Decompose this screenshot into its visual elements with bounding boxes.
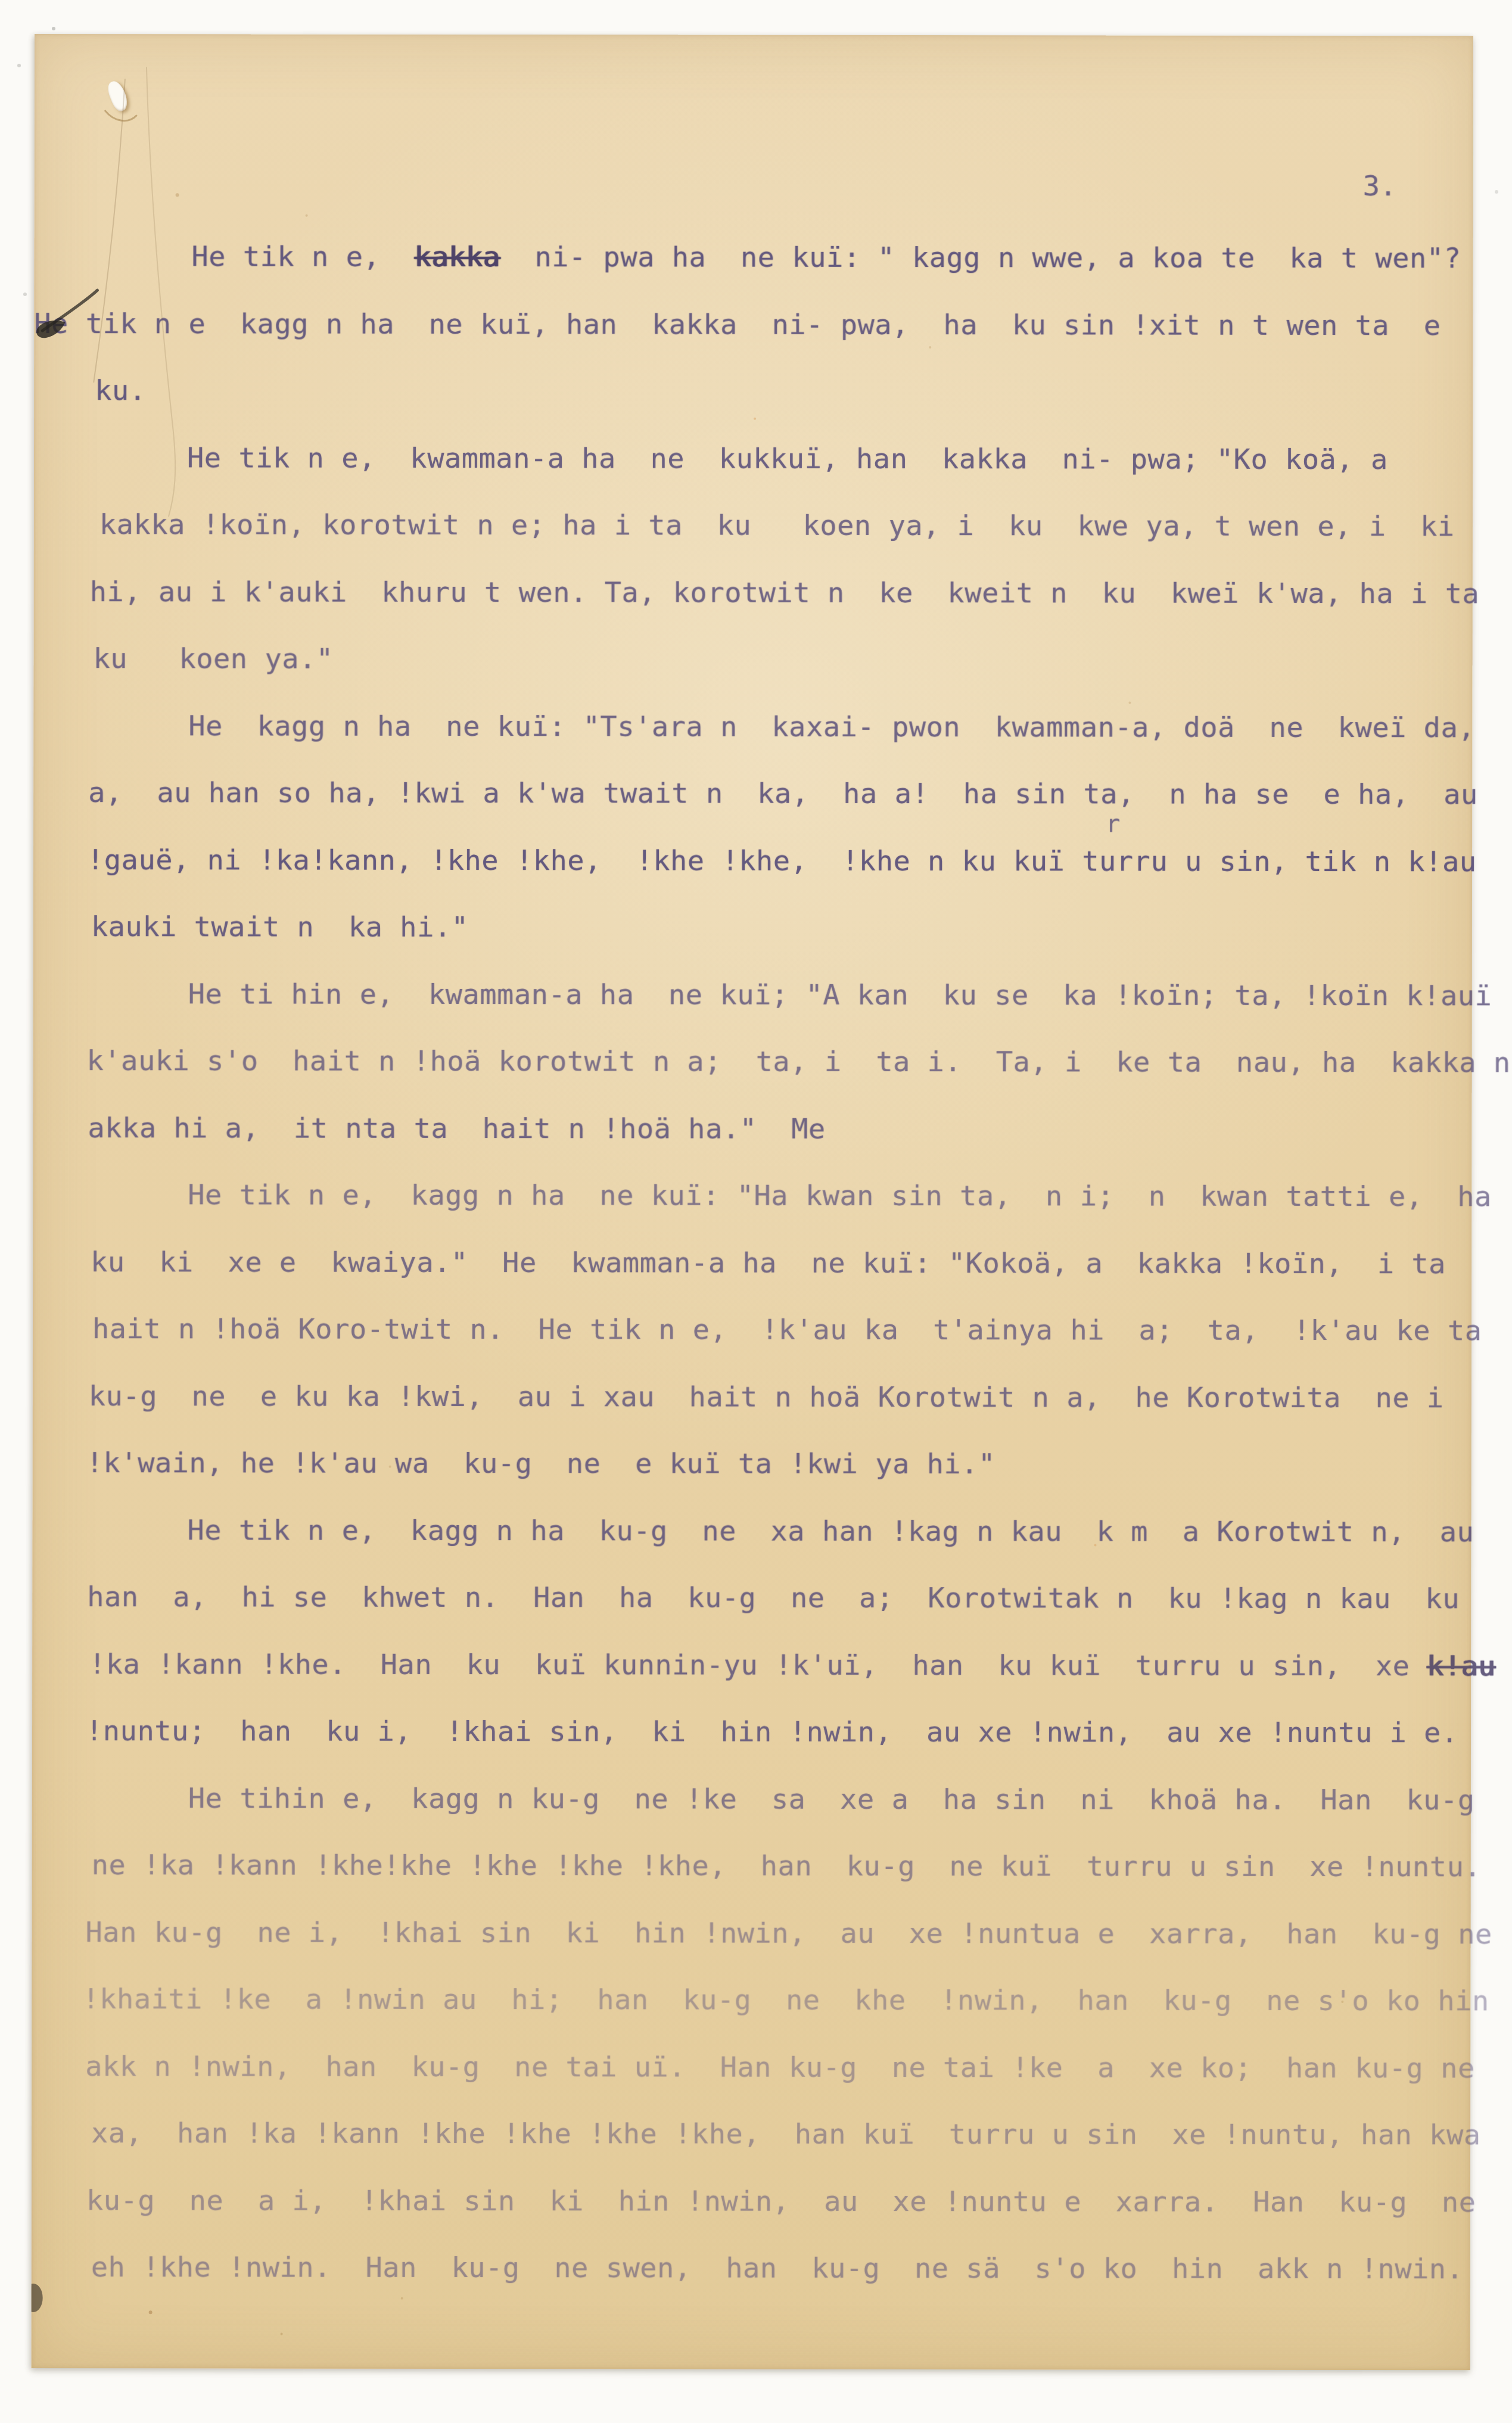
text-line: kauki twait n ka hi." <box>91 911 469 944</box>
scan-background: { "page": { "number_label": "3.", "paper… <box>0 0 1512 2423</box>
text-line: Han ku-g ne i, !khai sin ki hin !nwin, a… <box>86 1917 1492 1951</box>
hole-shadow-arc <box>105 110 137 121</box>
text-line: eh !khe !nwin. Han ku-g ne swen, han ku-… <box>91 2251 1464 2285</box>
text-line: hait n !hoä Koro-twit n. He tik n e, !k'… <box>92 1313 1482 1347</box>
paper-hole <box>105 79 131 113</box>
text-line: He ti hin e, kwamman-a ha ne kuï; "A kan… <box>188 978 1492 1012</box>
document-page: 3. He tik n e, kakka ni- pwa ha ne kuï: … <box>32 34 1473 2370</box>
text-line: hi, au i k'auki khuru t wen. Ta, korotwi… <box>90 576 1480 610</box>
crease-line <box>146 67 176 517</box>
text-line: ku koen ya." <box>93 643 333 676</box>
text-line: ku-g ne a i, !khai sin ki hin !nwin, au … <box>86 2185 1476 2219</box>
text-line: He tik n e, kagg n ha ne kuï: "Ha kwan s… <box>188 1179 1492 1213</box>
text-line: He kagg n ha ne kuï: "Ts'ara n kaxai- pw… <box>188 710 1475 744</box>
scanner-dust-specks <box>0 0 2 2</box>
text-line: He tik n e kagg n ha ne kuï, han kakka n… <box>34 308 1441 342</box>
line-segment: !ka !kann !khe. Han ku kuï kunnin-yu !k'… <box>89 1648 1427 1682</box>
text-line: !nuntu; han ku i, !khai sin, ki hin !nwi… <box>86 1715 1458 1749</box>
text-line: kakka !koïn, korotwit n e; ha i ta ku ko… <box>99 509 1455 543</box>
line-segment: He tik n e, <box>191 240 414 273</box>
text-line: a, au han so ha, !kwi a k'wa twait n ka,… <box>88 777 1478 811</box>
page-number: 3. <box>1363 170 1397 203</box>
text-line: ne !ka !kann !khe!khe !khe !khe !khe, ha… <box>92 1849 1482 1883</box>
text-line: He tik n e, kagg n ha ku-g ne xa han !ka… <box>187 1514 1474 1548</box>
text-line: akk n !nwin, han ku-g ne tai uï. Han ku-… <box>85 2051 1475 2085</box>
line-segment: ni- pwa ha ne kuï: " kagg n wwe, a koa t… <box>500 241 1461 275</box>
edge-ink-blot <box>32 2284 43 2312</box>
text-line: akka hi a, it nta ta hait n !hoä ha." Me <box>88 1112 825 1146</box>
text-line: ku. <box>95 375 146 407</box>
text-line: !gauë, ni !ka!kann, !khe !khe, !khe !khe… <box>87 844 1477 878</box>
text-line: !k'wain, he !k'au wa ku-g ne e kuï ta !k… <box>86 1447 995 1480</box>
text-line: He tik n e, kakka ni- pwa ha ne kuï: " k… <box>191 241 1461 275</box>
text-line: !khaiti !ke a !nwin au hi; han ku-g ne k… <box>82 1983 1489 2017</box>
text-line: He tik n e, kwamman-a ha ne kukkuï, han … <box>187 442 1388 476</box>
overstruck-word: kakka <box>415 241 500 273</box>
text-line: ku-g ne e ku ka !kwi, au i xau hait n ho… <box>89 1380 1444 1414</box>
text-line: He tihin e, kagg n ku-g ne !ke sa xe a h… <box>188 1783 1475 1817</box>
text-line: k'auki s'o hait n !hoä korotwit n a; ta,… <box>87 1045 1511 1079</box>
text-line: han a, hi se khwet n. Han ha ku-g ne a; … <box>87 1581 1460 1615</box>
paper-fiber-specks <box>35 34 37 36</box>
text-line: ku ki xe e kwaiya." He kwamman-a ha ne k… <box>91 1246 1446 1280</box>
text-line: xa, han !ka !kann !khe !khe !khe !khe, h… <box>91 2117 1481 2151</box>
text-line: !ka !kann !khe. Han ku kuï kunnin-yu !k'… <box>89 1648 1495 1682</box>
overstruck-word: k!au <box>1427 1650 1495 1682</box>
superscript-insertion: r <box>1106 811 1120 838</box>
